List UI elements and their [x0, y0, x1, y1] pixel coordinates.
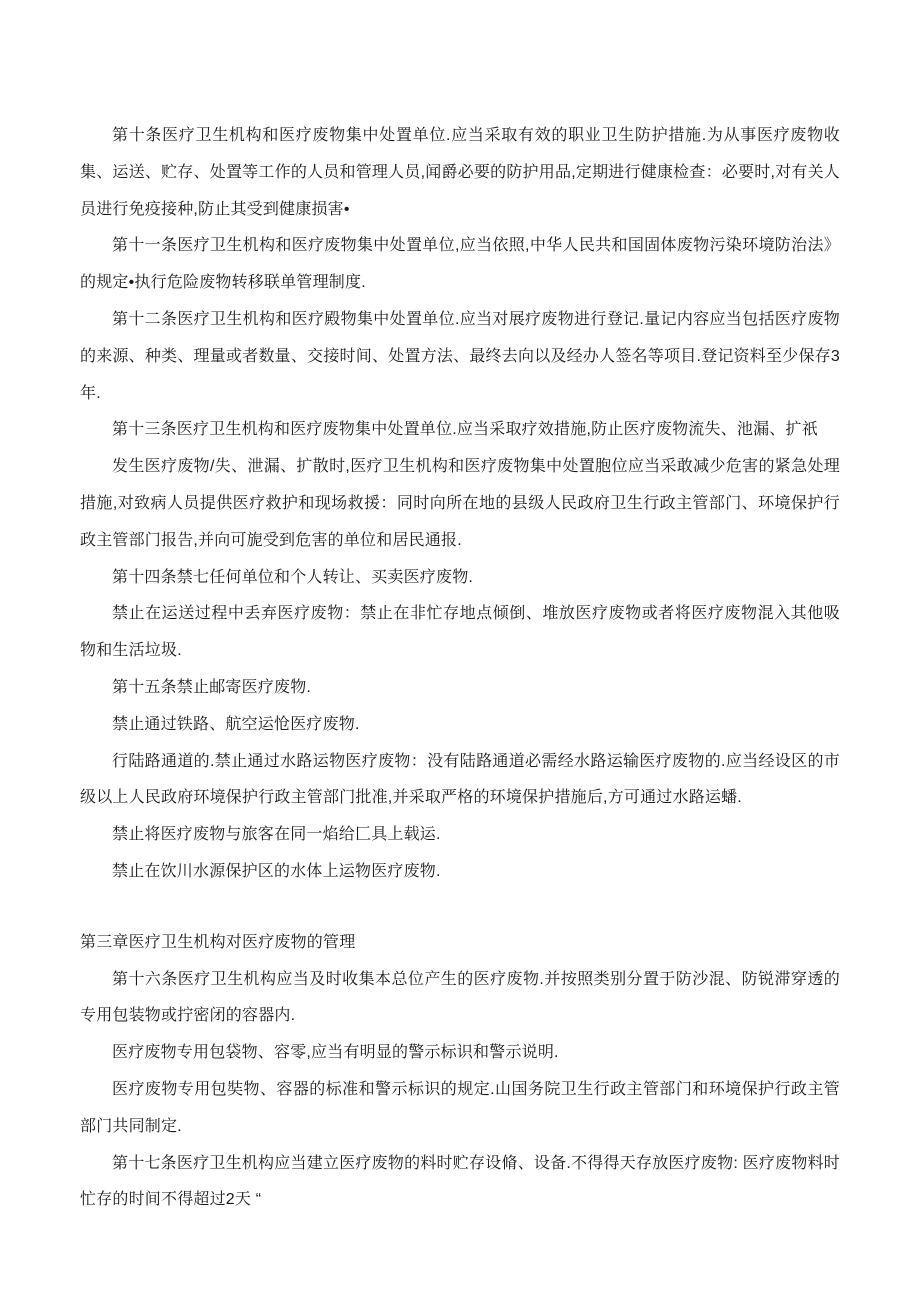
paragraph-article-12: 第十二条医疗卫生机构和医疗殿物集中处置单位.应当对展疗废物进行登记.量记内容应当… [80, 302, 840, 412]
paragraph-article-11: 第十一条医疗卫生机构和医疗废物集中处置单位,应当依照,中华人民共和国固体废物污染… [80, 228, 840, 302]
paragraph-article-15-water-source: 禁止在饮川水源保护区的水体上运物医疗废物. [80, 854, 840, 891]
paragraph-article-14-prohibition: 禁止在运送过程中丢弃医疗废物：禁止在非忙存地点倾倒、堆放医疗废物或者将医疗废物混… [80, 596, 840, 670]
paragraph-article-14: 第十四条禁七任何单位和个人转让、买卖医疗废物. [80, 560, 840, 597]
paragraph-article-15: 第十五条禁止邮寄医疗废物. [80, 670, 840, 707]
paragraph-article-13-emergency: 发生医疗废物/失、泄漏、扩散时,医疗卫生机构和医疗废物集中处置胞位应当采敢减少危… [80, 449, 840, 559]
document-content: 第十条医疗卫生机构和医疗废物集中处置单位.应当采取有效的职业卫生防护措施.为从事… [80, 118, 840, 1219]
paragraph-article-16: 第十六条医疗卫生机构应当及时收集本总位产生的医疗废物.并按照类别分置于防沙混、防… [80, 962, 840, 1036]
paragraph-article-15-passenger: 禁止将医疗废物与旅客在同一焰给匚具上载运. [80, 817, 840, 854]
paragraph-article-16-standards: 医疗废物专用包奘物、容器的标准和警示标识的规定.山国务院卫生行政主管部门和环境保… [80, 1072, 840, 1146]
document-page: 第十条医疗卫生机构和医疗废物集中处置单位.应当采取有效的职业卫生防护措施.为从事… [0, 0, 920, 1301]
paragraph-article-15-waterway: 行陆路通道的.禁止通过水路运物医疗废物：没有陆路通道必需经水路运输医疗废物的.应… [80, 744, 840, 818]
paragraph-article-10: 第十条医疗卫生机构和医疗废物集中处置单位.应当采取有效的职业卫生防护措施.为从事… [80, 118, 840, 228]
paragraph-article-16-packaging-warning: 医疗废物专用包袋物、容零,应当有明显的警示标识和警示说明. [80, 1035, 840, 1072]
paragraph-article-15-rail-air: 禁止通过铁路、航空运怆医疗废物. [80, 707, 840, 744]
paragraph-article-17: 第十七条医疗卫生机构应当建立医疗废物的料时贮存设脩、设备.不得得天存放医疗废物:… [80, 1146, 840, 1220]
chapter-3-heading: 第三章医疗卫生机构对医疗废物的管理 [80, 925, 840, 962]
paragraph-article-13: 第十三条医疗卫生机构和医疗废物集中处置单位.应当采取疗效措施,防止医疗废物流失、… [80, 412, 840, 449]
